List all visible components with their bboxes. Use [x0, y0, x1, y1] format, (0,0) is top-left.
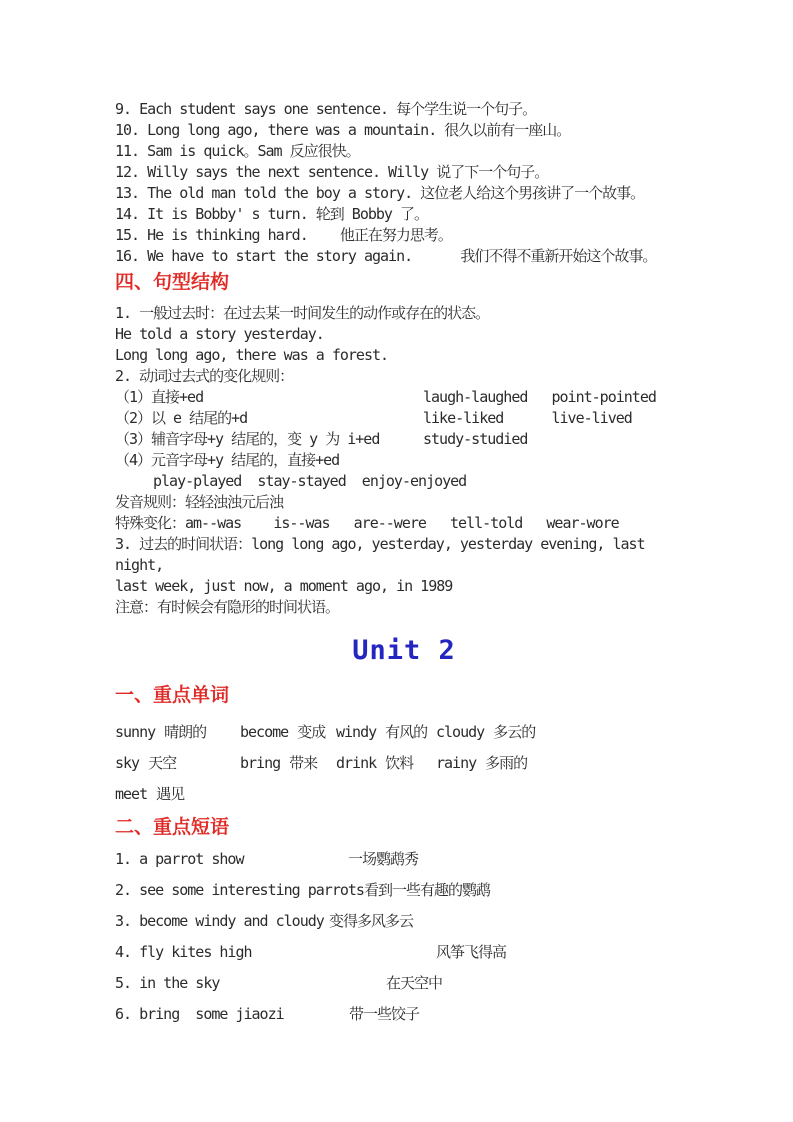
word-en: meet [115, 784, 147, 805]
past-time-adverbials: 3. 过去的时间状语：long long ago, yesterday, yes… [115, 534, 723, 555]
sentence-line: 13. The old man told the boy a story. 这位… [115, 183, 723, 204]
word-row: sky天空 bring带来 drink饮料 rainy多雨的 [115, 753, 723, 774]
rule4-examples: play-played stay-stayed enjoy-enjoyed [115, 471, 723, 492]
sentence-line: 11. Sam is quick。Sam 反应很快。 [115, 141, 723, 162]
heading-sentence-structure: 四、句型结构 [115, 270, 723, 295]
word-zh: 多雨的 [485, 753, 527, 774]
grammar-line: 1. 一般过去时：在过去某一时间发生的动作或存在的状态。 [115, 303, 723, 324]
grammar-line: 2. 动词过去式的变化规则： [115, 366, 723, 387]
word-en: cloudy [436, 722, 484, 743]
rule-text: （3）辅音字母+y 结尾的，变 y 为 i+ed [115, 429, 411, 450]
rule-text: （4）元音字母+y 结尾的，直接+ed [115, 450, 411, 471]
phrase-en: 5. in the sky [115, 973, 386, 994]
phrase-en: 3. become windy and cloudy [115, 911, 329, 932]
verb-rule: （4）元音字母+y 结尾的，直接+ed [115, 450, 723, 471]
phrase-zh: 带一些饺子 [349, 1004, 419, 1025]
grammar-section: 1. 一般过去时：在过去某一时间发生的动作或存在的状态。 He told a s… [115, 303, 723, 618]
phrase-item: 1. a parrot show 一场鹦鹉秀 [115, 849, 723, 870]
word-zh: 遇见 [156, 784, 184, 805]
word-pair: sky天空 [115, 753, 240, 774]
word-zh: 天空 [148, 753, 176, 774]
note-line: 注意：有时候会有隐形的时间状语。 [115, 597, 723, 618]
word-pair: rainy多雨的 [436, 753, 527, 774]
key-phrases-list: 1. a parrot show 一场鹦鹉秀 2. see some inter… [115, 849, 723, 1025]
word-pair: bring带来 [240, 753, 336, 774]
phrase-en: 6. bring some jiaozi [115, 1004, 349, 1025]
phrase-item: 4. fly kites high 风筝飞得高 [115, 942, 723, 963]
word-zh: 带来 [289, 753, 317, 774]
rule-examples: like-liked live-lived [411, 408, 632, 429]
word-en: bring [240, 753, 280, 774]
phrase-zh: 变得多风多云 [329, 911, 413, 932]
sentence-line: 14. It is Bobby' s turn. 轮到 Bobby 了。 [115, 204, 723, 225]
phrase-zh: 看到一些有趣的鹦鹉 [364, 880, 490, 901]
word-en: drink [336, 753, 376, 774]
sentence-line: 16. We have to start the story again. 我们… [115, 246, 723, 267]
heading-key-phrases: 二、重点短语 [115, 815, 723, 840]
unit-title: Unit 2 [115, 634, 693, 668]
word-en: windy [336, 722, 376, 743]
heading-key-words: 一、重点单词 [115, 683, 723, 708]
word-pair: windy有风的 [336, 722, 436, 743]
special-changes: 特殊变化：am--was is--was are--were tell-told… [115, 513, 723, 534]
sentence-line: 10. Long long ago, there was a mountain.… [115, 120, 723, 141]
sentence-line: 12. Willy says the next sentence. Willy … [115, 162, 723, 183]
word-en: rainy [436, 753, 476, 774]
phrase-en: 4. fly kites high [115, 942, 436, 963]
word-en: sky [115, 753, 139, 774]
sentence-line: 9. Each student says one sentence. 每个学生说… [115, 99, 723, 120]
verb-rule: （2）以 e 结尾的+d like-liked live-lived [115, 408, 723, 429]
word-pair: become变成 [240, 722, 336, 743]
word-pair: cloudy多云的 [436, 722, 535, 743]
verb-rule: （1）直接+ed laugh-laughed point-pointed [115, 387, 723, 408]
phrase-en: 2. see some interesting parrots [115, 880, 364, 901]
word-pair: meet遇见 [115, 784, 240, 805]
phrase-item: 2. see some interesting parrots 看到一些有趣的鹦… [115, 880, 723, 901]
rule-examples: study-studied [411, 429, 527, 450]
word-zh: 变成 [297, 722, 325, 743]
sentence-line: 15. He is thinking hard. 他正在努力思考。 [115, 225, 723, 246]
sentence-list: 9. Each student says one sentence. 每个学生说… [115, 99, 723, 267]
rule-text: （2）以 e 结尾的+d [115, 408, 411, 429]
word-row: meet遇见 [115, 784, 723, 805]
word-row: sunny晴朗的 become变成 windy有风的 cloudy多云的 [115, 722, 723, 743]
pronunciation-rule: 发音规则：轻轻浊浊元后浊 [115, 492, 723, 513]
phrase-item: 5. in the sky 在天空中 [115, 973, 723, 994]
past-time-adverbials: night, [115, 555, 723, 576]
phrase-item: 3. become windy and cloudy 变得多风多云 [115, 911, 723, 932]
phrase-zh: 一场鹦鹉秀 [348, 849, 418, 870]
word-zh: 饮料 [385, 753, 413, 774]
key-words-list: sunny晴朗的 become变成 windy有风的 cloudy多云的 sky… [115, 722, 723, 805]
rule-text: （1）直接+ed [115, 387, 411, 408]
grammar-example: Long long ago, there was a forest. [115, 345, 723, 366]
rule-examples [411, 450, 423, 471]
phrase-en: 1. a parrot show [115, 849, 348, 870]
phrase-zh: 风筝飞得高 [436, 942, 506, 963]
grammar-example: He told a story yesterday. [115, 324, 723, 345]
past-time-adverbials: last week, just now, a moment ago, in 19… [115, 576, 723, 597]
rule-examples: laugh-laughed point-pointed [411, 387, 656, 408]
word-en: become [240, 722, 288, 743]
document-page: 9. Each student says one sentence. 每个学生说… [0, 0, 793, 1122]
phrase-item: 6. bring some jiaozi 带一些饺子 [115, 1004, 723, 1025]
word-pair: drink饮料 [336, 753, 436, 774]
word-en: sunny [115, 722, 155, 743]
word-zh: 多云的 [493, 722, 535, 743]
word-zh: 晴朗的 [164, 722, 206, 743]
word-pair: sunny晴朗的 [115, 722, 240, 743]
phrase-zh: 在天空中 [386, 973, 442, 994]
verb-rule: （3）辅音字母+y 结尾的，变 y 为 i+ed study-studied [115, 429, 723, 450]
word-zh: 有风的 [385, 722, 427, 743]
